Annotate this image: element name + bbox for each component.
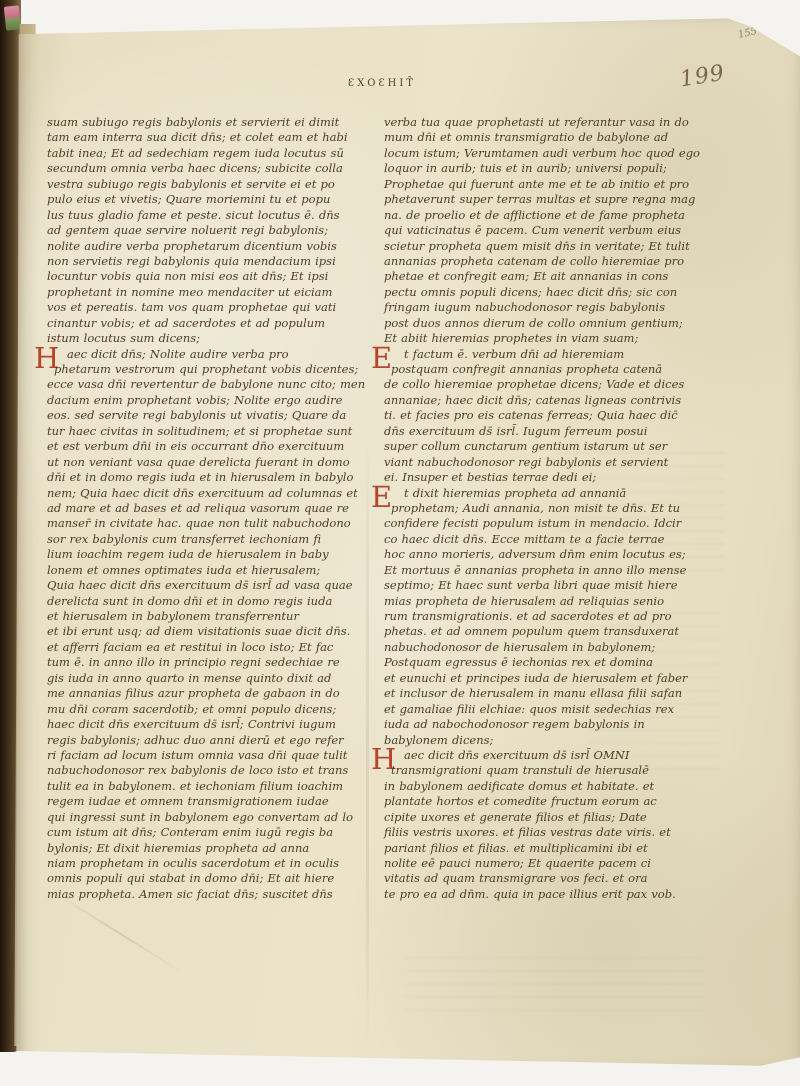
manuscript-text-line: mum dn̄i et omnis transmigratio de babyl… xyxy=(384,130,710,145)
manuscript-text-line: me annanias filius azur propheta de gaba… xyxy=(47,686,367,701)
manuscript-text-line: dacium enim prophetant vobis; Nolite erg… xyxy=(47,393,367,408)
manuscript-text-line: nabuchodonosor de hierusalem in babylone… xyxy=(384,640,710,655)
manuscript-text-line: cipite uxores et generate filios et fili… xyxy=(384,810,710,825)
folio-number: 199 xyxy=(678,61,726,93)
text-column-right: verba tua quae prophetasti ut referantur… xyxy=(384,115,710,902)
manuscript-text-line: regem iudae et omnem transmigrationem iu… xyxy=(47,794,367,809)
manuscript-text-line: Et factum ē. verbum dn̄i ad hieremiam xyxy=(384,347,710,362)
manuscript-text-line: filiis vestris uxores. et filias vestras… xyxy=(384,825,710,840)
manuscript-text-line: vestra subiugo regis babylonis et servit… xyxy=(47,177,367,192)
manuscript-text-line: nolite audire verba prophetarum dicentiu… xyxy=(47,239,367,254)
manuscript-text-line: et hierusalem in babylonem transferrentu… xyxy=(47,609,367,624)
manuscript-text-line: co haec dicit dn̄s. Ecce mittam te a fac… xyxy=(384,532,710,547)
manuscript-text-line: derelicta sunt in domo dn̄i et in domo r… xyxy=(47,594,367,609)
manuscript-text-line: non servietis regi babylonis quia mendac… xyxy=(47,254,367,269)
manuscript-text-line: regis babylonis; adhuc duo anni dierū et… xyxy=(47,733,367,748)
manuscript-text-line: tur haec civitas in solitudinem; et si p… xyxy=(47,424,367,439)
manuscript-text-line: ad mare et ad bases et ad reliqua vasoru… xyxy=(47,501,367,516)
manuscript-text-line: te pro ea ad dn̄m. quia in pace illius e… xyxy=(384,887,710,902)
manuscript-text-line: tabit inea; Et ad sedechiam regem iuda l… xyxy=(47,146,367,161)
manuscript-photo: ƐXOƐHIT̄ 199 155 suam subiugo regis baby… xyxy=(0,0,800,1086)
manuscript-text-line: locum istum; Verumtamen audi verbum hoc … xyxy=(384,146,710,161)
manuscript-text-line: postquam confregit annanias propheta cat… xyxy=(384,362,710,377)
manuscript-text-line: pariant filios et filias. et multiplicam… xyxy=(384,841,710,856)
manuscript-text-line: na. de proelio et de afflictione et de f… xyxy=(384,208,710,223)
manuscript-text-line: phetae et confregit eam; Et ait annanias… xyxy=(384,269,710,284)
manuscript-text-line: post duos annos dierum de collo omnium g… xyxy=(384,316,710,331)
manuscript-text: aec dicit dn̄s; Nolite audire verba pro xyxy=(67,347,289,361)
manuscript-text-line: phetarum vestrorum qui prophetant vobis … xyxy=(47,362,367,377)
manuscript-text-line: prophetam; Audi annania, non misit te dn… xyxy=(384,501,710,516)
manuscript-text-line: plantate hortos et comedite fructum eoru… xyxy=(384,794,710,809)
manuscript-text-line: annaniae; haec dicit dn̄s; catenas ligne… xyxy=(384,393,710,408)
manuscript-text-line: et ibi erunt usq; ad diem visitationis s… xyxy=(47,624,367,639)
manuscript-text-line: Et dixit hieremias propheta ad annaniā xyxy=(384,486,710,501)
manuscript-text-line: gis iuda in anno quarto in mense quinto … xyxy=(47,671,367,686)
manuscript-text-line: vos et pereatis. tam vos quam prophetae … xyxy=(47,300,367,315)
manuscript-text-line: lium ioachim regem iuda de hierusalem in… xyxy=(47,547,367,562)
manuscript-text-line: iuda ad nabochodonosor regem babylonis i… xyxy=(384,717,710,732)
manuscript-text-line: nabuchodonosor rex babylonis de loco ist… xyxy=(47,763,367,778)
manuscript-text-line: tum ē. in anno illo in principio regni s… xyxy=(47,655,367,670)
manuscript-text-line: ei. Insuper et bestias terrae dedi ei; xyxy=(384,470,710,485)
manuscript-text-line: scietur propheta quem misit dn̄s in veri… xyxy=(384,239,710,254)
manuscript-text-line: lonem et omnes optimates iuda et hierusa… xyxy=(47,563,367,578)
text-column-left: suam subiugo regis babylonis et servieri… xyxy=(47,115,367,902)
manuscript-text: t dixit hieremias propheta ad annaniā xyxy=(404,486,626,500)
manuscript-text-line: loquor in aurib; tuis et in aurib; unive… xyxy=(384,161,710,176)
manuscript-text-line: qui vaticinatus ē pacem. Cum venerit ver… xyxy=(384,223,710,238)
manuscript-text-line: et inclusor de hierusalem in manu ellasa… xyxy=(384,686,710,701)
manuscript-text-line: locuntur vobis quia non misi eos ait dn̄… xyxy=(47,269,367,284)
manuscript-text-line: ut non veniant vasa quae derelicta fuera… xyxy=(47,455,367,470)
manuscript-text-line: ecce vasa dn̄i revertentur de babylone n… xyxy=(47,377,367,392)
manuscript-text-line: super collum cunctarum gentium istarum u… xyxy=(384,439,710,454)
manuscript-text-line: viant nabuchodonosor regi babylonis et s… xyxy=(384,455,710,470)
manuscript-text-line: transmigrationi quam transtuli de hierus… xyxy=(384,763,710,778)
manuscript-text: t factum ē. verbum dn̄i ad hieremiam xyxy=(404,347,624,361)
manuscript-text-line: omnis populi qui stabat in domo dn̄i; Et… xyxy=(47,871,367,886)
manuscript-text: aec dicit dn̄s exercituum ds̄ isrl̄ OMNI xyxy=(404,748,629,762)
manuscript-text-line: niam prophetam in oculis sacerdotum et i… xyxy=(47,856,367,871)
corner-folio-number: 155 xyxy=(737,26,758,41)
manuscript-text-line: Et abiit hieremias prophetes in viam sua… xyxy=(384,331,710,346)
manuscript-text-line: lus tuus gladio fame et peste. sicut loc… xyxy=(47,208,367,223)
manuscript-text-line: eos. sed servite regi babylonis ut vivat… xyxy=(47,408,367,423)
manuscript-text-line: secundum omnia verba haec dicens; subici… xyxy=(47,161,367,176)
manuscript-text-line: in babylonem aedificate domus et habitat… xyxy=(384,779,710,794)
manuscript-text-line: ti. et facies pro eis catenas ferreas; Q… xyxy=(384,408,710,423)
bookmark-ribbon xyxy=(4,5,21,30)
manuscript-text-line: mias propheta de hierusalem ad reliquias… xyxy=(384,594,710,609)
manuscript-text-line: vitatis ad quam transmigrare vos feci. e… xyxy=(384,871,710,886)
manuscript-text-line: confidere fecisti populum istum in menda… xyxy=(384,516,710,531)
manuscript-text-line: verba tua quae prophetasti ut referantur… xyxy=(384,115,710,130)
manuscript-text-line: et gamaliae filii elchiae: quos misit se… xyxy=(384,702,710,717)
manuscript-text-line: sor rex babylonis cum transferret iechon… xyxy=(47,532,367,547)
manuscript-text-line: ri faciam ad locum istum omnia vasa dn̄i… xyxy=(47,748,367,763)
parchment-page: ƐXOƐHIT̄ 199 155 suam subiugo regis baby… xyxy=(14,12,800,1070)
manuscript-text-line: nolite eē pauci numero; Et quaerite pace… xyxy=(384,856,710,871)
manuscript-text-line: suam subiugo regis babylonis et servieri… xyxy=(47,115,367,130)
manuscript-text-line: tulit ea in babylonem. et iechoniam fili… xyxy=(47,779,367,794)
manuscript-text-line: pectu omnis populi dicens; haec dicit dn… xyxy=(384,285,710,300)
manuscript-text-line: bylonis; Et dixit hieremias propheta ad … xyxy=(47,841,367,856)
manuscript-text-line: Et mortuus ē annanias propheta in anno i… xyxy=(384,563,710,578)
verso-showthrough-stain xyxy=(404,957,704,1017)
manuscript-text-line: haec dicit dn̄s exercituum ds̄ isrl̄; Co… xyxy=(47,717,367,732)
parchment-crease xyxy=(55,892,183,973)
manuscript-text-line: istum locutus sum dicens; xyxy=(47,331,367,346)
manuscript-text-line: fringam iugum nabuchodonosor regis babyl… xyxy=(384,300,710,315)
manuscript-text-line: et est verbum dn̄i in eis occurrant dn̄o… xyxy=(47,439,367,454)
manuscript-text-line: rum transmigrationis. et ad sacerdotes e… xyxy=(384,609,710,624)
manuscript-text-line: Haec dicit dn̄s; Nolite audire verba pro xyxy=(47,347,367,362)
manuscript-text-line: et afferri faciam ea et restitui in loco… xyxy=(47,640,367,655)
manuscript-text-line: septimo; Et haec sunt verba libri quae m… xyxy=(384,578,710,593)
manuscript-text-line: de collo hieremiae prophetae dicens; Vad… xyxy=(384,377,710,392)
manuscript-text-line: mias propheta. Amen sic faciat dn̄s; sus… xyxy=(47,887,367,902)
manuscript-text-line: cum istum ait dn̄s; Conteram enim iugū r… xyxy=(47,825,367,840)
manuscript-text-line: annanias propheta catenam de collo hiere… xyxy=(384,254,710,269)
manuscript-text-line: mu dn̄i coram sacerdotib; et omni populo… xyxy=(47,702,367,717)
manuscript-text-line: Quia haec dicit dn̄s exercituum ds̄ isrl… xyxy=(47,578,367,593)
manuscript-text-line: hoc anno morieris, adversum dn̄m enim lo… xyxy=(384,547,710,562)
manuscript-text-line: ad gentem quae servire noluerit regi bab… xyxy=(47,223,367,238)
manuscript-text-line: prophetant in nomine meo mendaciter ut e… xyxy=(47,285,367,300)
manuscript-text-line: Haec dicit dn̄s exercituum ds̄ isrl̄ OMN… xyxy=(384,748,710,763)
manuscript-text-line: phetas. et ad omnem populum quem transdu… xyxy=(384,624,710,639)
manuscript-text-line: Prophetae qui fuerunt ante me et te ab i… xyxy=(384,177,710,192)
manuscript-text-line: Postquam egressus ē iechonias rex et dom… xyxy=(384,655,710,670)
manuscript-text-line: cinantur vobis; et ad sacerdotes et ad p… xyxy=(47,316,367,331)
manuscript-text-line: phetaverunt super terras multas et supre… xyxy=(384,192,710,207)
manuscript-text-line: et eunuchi et principes iuda de hierusal… xyxy=(384,671,710,686)
manuscript-text-line: pulo eius et vivetis; Quare moriemini tu… xyxy=(47,192,367,207)
manuscript-text-line: manser̄ in civitate hac. quae non tulit … xyxy=(47,516,367,531)
manuscript-text-line: tam eam interra sua dicit dn̄s; et colet… xyxy=(47,130,367,145)
manuscript-text-line: babylonem dicens; xyxy=(384,733,710,748)
manuscript-text-line: qui ingressi sunt in babylonem ego conve… xyxy=(47,810,367,825)
manuscript-text-line: nem; Quia haec dicit dn̄s exercituum ad … xyxy=(47,486,367,501)
manuscript-text-line: dn̄s exercituum ds̄ isrl̄. Iugum ferreum… xyxy=(384,424,710,439)
running-title: ƐXOƐHIT̄ xyxy=(302,78,462,89)
manuscript-text-line: dn̄i et in domo regis iuda et in hierusa… xyxy=(47,470,367,485)
